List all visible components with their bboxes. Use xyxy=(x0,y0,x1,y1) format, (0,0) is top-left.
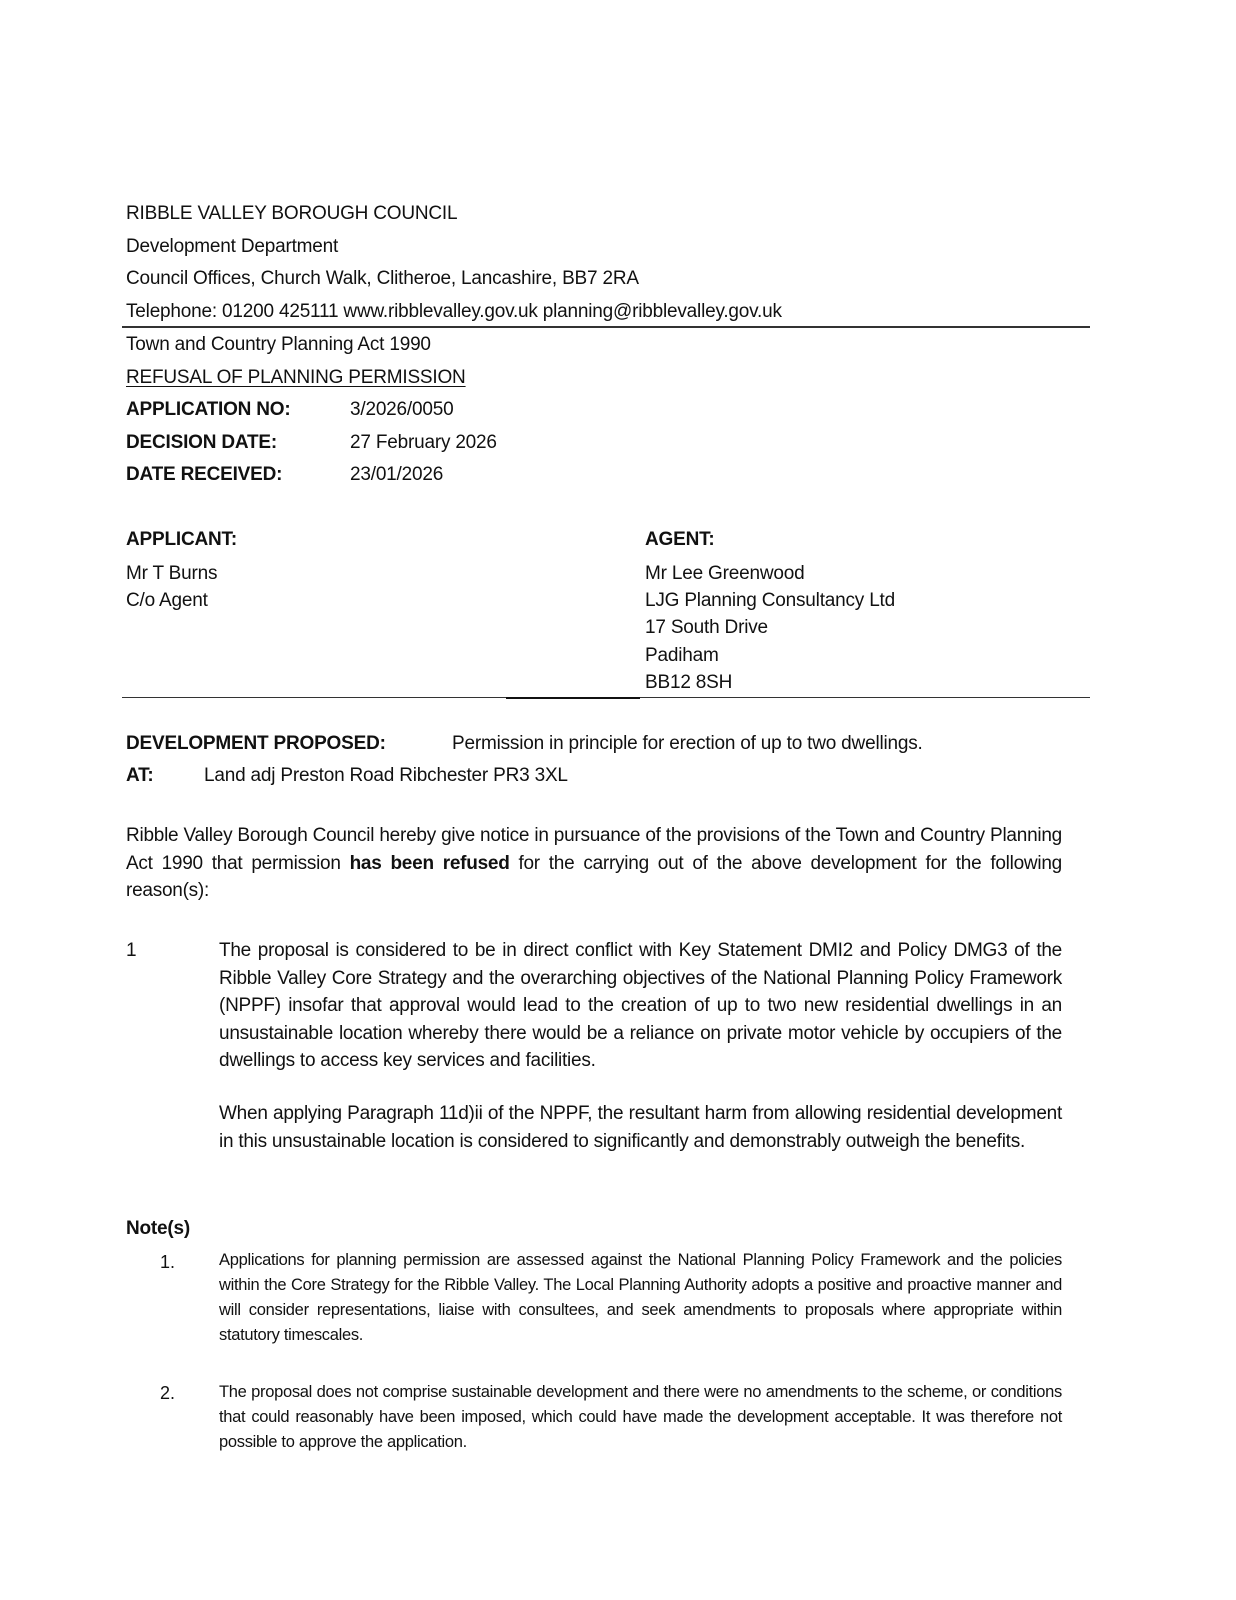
decision-date-label: DECISION DATE: xyxy=(126,432,277,454)
notes-heading: Note(s) xyxy=(126,1218,190,1240)
applicant-label: APPLICANT: xyxy=(126,529,237,551)
agent-line: Mr Lee Greenwood xyxy=(645,563,804,585)
development-label: DEVELOPMENT PROPOSED: xyxy=(126,733,386,755)
reason-text: When applying Paragraph 11d)ii of the NP… xyxy=(219,1100,1062,1155)
applicant-line: C/o Agent xyxy=(126,590,208,612)
council-name: RIBBLE VALLEY BOROUGH COUNCIL xyxy=(126,203,457,225)
header-divider xyxy=(122,326,1090,328)
site-label: AT: xyxy=(126,765,154,787)
refusal-notice-text: Ribble Valley Borough Council hereby giv… xyxy=(126,822,1062,905)
note-number: 1. xyxy=(160,1252,175,1273)
department-name: Development Department xyxy=(126,236,338,258)
agent-line: LJG Planning Consultancy Ltd xyxy=(645,590,895,612)
agent-line: 17 South Drive xyxy=(645,617,768,639)
development-value: Permission in principle for erection of … xyxy=(452,733,923,755)
council-contact: Telephone: 01200 425111 www.ribblevalley… xyxy=(126,301,782,323)
reason-text: The proposal is considered to be in dire… xyxy=(219,937,1062,1075)
application-no-label: APPLICATION NO: xyxy=(126,399,290,421)
note-text: Applications for planning permission are… xyxy=(219,1248,1062,1348)
act-title: Town and Country Planning Act 1990 xyxy=(126,334,431,356)
parties-divider-accent xyxy=(506,697,640,699)
refusal-notice-page: RIBBLE VALLEY BOROUGH COUNCIL Developmen… xyxy=(0,0,1236,1600)
council-address: Council Offices, Church Walk, Clitheroe,… xyxy=(126,268,639,290)
site-address: Land adj Preston Road Ribchester PR3 3XL xyxy=(204,765,568,787)
agent-line: Padiham xyxy=(645,645,719,667)
date-received-value: 23/01/2026 xyxy=(350,464,443,486)
agent-label: AGENT: xyxy=(645,529,715,551)
application-no-value: 3/2026/0050 xyxy=(350,399,453,421)
reason-number: 1 xyxy=(126,940,137,962)
applicant-line: Mr T Burns xyxy=(126,563,217,585)
date-received-label: DATE RECEIVED: xyxy=(126,464,282,486)
decision-type: REFUSAL OF PLANNING PERMISSION xyxy=(126,367,466,389)
decision-date-value: 27 February 2026 xyxy=(350,432,497,454)
agent-line: BB12 8SH xyxy=(645,672,732,694)
note-number: 2. xyxy=(160,1383,175,1404)
refusal-emphasis: has been refused xyxy=(350,853,510,874)
note-text: The proposal does not comprise sustainab… xyxy=(219,1380,1062,1455)
